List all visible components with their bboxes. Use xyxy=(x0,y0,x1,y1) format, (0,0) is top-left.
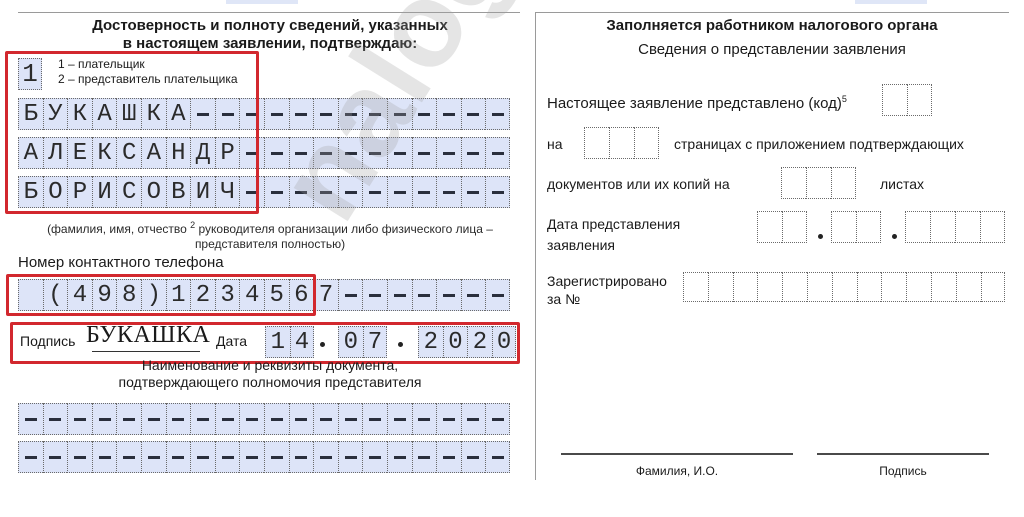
char-cell[interactable] xyxy=(116,441,141,473)
dash-mark xyxy=(295,418,307,421)
char-cell[interactable] xyxy=(338,441,363,473)
code-cell[interactable] xyxy=(882,84,907,116)
dash-mark xyxy=(369,294,381,297)
char-cell[interactable] xyxy=(436,403,461,435)
cell-row[interactable]: БУКАШКА xyxy=(18,98,510,130)
signer-type-cell[interactable]: 1 xyxy=(18,58,42,90)
dash-mark xyxy=(394,418,406,421)
dash-mark xyxy=(492,456,504,459)
char-cell[interactable] xyxy=(733,272,758,302)
signer-option-2: 2 – представитель плательщика xyxy=(58,72,238,87)
char-cell[interactable] xyxy=(387,137,412,169)
dash-mark xyxy=(345,152,357,155)
char-cell[interactable] xyxy=(264,441,289,473)
char-cell[interactable] xyxy=(43,403,68,435)
pages-cell[interactable] xyxy=(634,127,659,159)
dash-mark xyxy=(320,418,332,421)
char-cell[interactable]: Л xyxy=(43,137,68,169)
char-cell[interactable] xyxy=(362,176,387,208)
char-cell[interactable] xyxy=(338,98,363,130)
signer-option-1: 1 – плательщик xyxy=(58,57,238,72)
dash-mark xyxy=(172,456,184,459)
char-cell[interactable] xyxy=(362,441,387,473)
dash-mark xyxy=(197,113,209,116)
dash-mark xyxy=(295,152,307,155)
char-cell[interactable]: 2 xyxy=(418,326,443,358)
dash-mark xyxy=(148,456,160,459)
char-cell[interactable] xyxy=(239,403,264,435)
dash-mark xyxy=(443,456,455,459)
docs-suffix: листах xyxy=(880,176,924,193)
dash-mark xyxy=(369,113,381,116)
char-cell[interactable]: Н xyxy=(166,137,191,169)
column-divider xyxy=(535,12,536,480)
char-cell[interactable]: А xyxy=(166,98,191,130)
char-cell[interactable]: 0 xyxy=(492,326,517,358)
char-cell[interactable] xyxy=(43,441,68,473)
char-cell[interactable] xyxy=(166,403,191,435)
char-cell[interactable] xyxy=(67,441,92,473)
fio-line xyxy=(561,453,793,455)
char-cell[interactable]: У xyxy=(43,98,68,130)
dash-mark xyxy=(74,456,86,459)
dash-mark xyxy=(443,294,455,297)
char-cell[interactable]: 1 xyxy=(166,279,191,311)
char-cell[interactable] xyxy=(313,137,338,169)
dash-mark xyxy=(246,113,258,116)
char-cell[interactable] xyxy=(931,272,956,302)
char-cell[interactable] xyxy=(338,176,363,208)
dash-mark xyxy=(492,113,504,116)
registered-line-2: за № xyxy=(547,290,667,308)
dash-mark xyxy=(271,418,283,421)
char-cell[interactable] xyxy=(166,441,191,473)
doc-caption-line-1: Наименование и реквизиты документа, xyxy=(20,357,520,374)
tax-officer-heading: Заполняется работником налогового органа xyxy=(537,17,1007,35)
dash-mark xyxy=(222,456,234,459)
char-cell[interactable] xyxy=(289,137,314,169)
dash-mark xyxy=(467,294,479,297)
char-cell[interactable] xyxy=(362,137,387,169)
char-cell[interactable] xyxy=(141,441,166,473)
signature-label: Подпись xyxy=(20,333,75,349)
sheets-cell[interactable] xyxy=(781,167,806,199)
signature-underline xyxy=(92,351,200,352)
char-cell[interactable] xyxy=(485,403,510,435)
cell-row[interactable]: АЛЕКСАНДР xyxy=(18,137,510,169)
registered-line-1: Зарегистрировано xyxy=(547,272,667,290)
day-cell[interactable] xyxy=(757,211,782,243)
char-cell[interactable] xyxy=(461,441,486,473)
char-cell[interactable] xyxy=(981,272,1006,302)
char-cell[interactable]: Б xyxy=(18,98,43,130)
dash-mark xyxy=(246,191,258,194)
registered-label: Зарегистрировано за № xyxy=(547,272,667,308)
char-cell[interactable] xyxy=(289,98,314,130)
submitted-code-label: Настоящее заявление представлено (код)5 xyxy=(547,91,847,112)
top-divider xyxy=(18,12,520,13)
dash-mark xyxy=(369,418,381,421)
dash-mark xyxy=(418,191,430,194)
sheets-count-field[interactable] xyxy=(781,167,856,199)
dash-mark xyxy=(25,456,37,459)
dash-mark xyxy=(271,113,283,116)
dash-mark xyxy=(369,191,381,194)
char-cell[interactable] xyxy=(264,176,289,208)
char-cell[interactable] xyxy=(313,403,338,435)
dash-mark xyxy=(271,456,283,459)
caption-part-2: руководителя организации либо физическог… xyxy=(199,222,493,236)
dash-mark xyxy=(271,152,283,155)
char-cell[interactable] xyxy=(215,441,240,473)
char-cell[interactable] xyxy=(239,176,264,208)
top-divider xyxy=(536,12,1009,13)
year-cell[interactable] xyxy=(955,211,980,243)
char-cell[interactable]: 9 xyxy=(92,279,117,311)
dash-mark xyxy=(320,456,332,459)
sheets-cell[interactable] xyxy=(806,167,831,199)
name-caption: (фамилия, имя, отчество 2 руководителя о… xyxy=(30,218,510,252)
char-cell[interactable]: О xyxy=(43,176,68,208)
char-cell[interactable] xyxy=(116,403,141,435)
dash-mark xyxy=(418,418,430,421)
char-cell[interactable]: 8 xyxy=(116,279,141,311)
char-cell[interactable]: В xyxy=(166,176,191,208)
date-label: Дата xyxy=(216,333,247,349)
char-cell[interactable] xyxy=(436,441,461,473)
dash-mark xyxy=(246,456,258,459)
dash-mark xyxy=(99,418,111,421)
char-cell[interactable]: 0 xyxy=(443,326,468,358)
char-cell[interactable] xyxy=(289,176,314,208)
char-cell[interactable] xyxy=(313,176,338,208)
submission-date-label: Дата представления заявления xyxy=(547,214,680,256)
char-cell[interactable]: К xyxy=(67,98,92,130)
dash-mark xyxy=(443,191,455,194)
char-cell[interactable] xyxy=(461,279,486,311)
char-cell[interactable] xyxy=(412,176,437,208)
char-cell[interactable] xyxy=(436,279,461,311)
char-cell[interactable] xyxy=(190,403,215,435)
code-cell[interactable] xyxy=(907,84,932,116)
dash-mark xyxy=(222,418,234,421)
dash-mark xyxy=(197,418,209,421)
signature-caption: Подпись xyxy=(817,464,989,479)
char-cell[interactable] xyxy=(485,279,510,311)
dash-mark xyxy=(320,152,332,155)
date-separator xyxy=(892,234,897,239)
dash-mark xyxy=(74,418,86,421)
dash-mark xyxy=(345,294,357,297)
signature-value[interactable]: БУКАШКА xyxy=(86,322,210,349)
dash-mark xyxy=(467,418,479,421)
char-cell[interactable]: Ш xyxy=(116,98,141,130)
dash-mark xyxy=(320,113,332,116)
char-cell[interactable]: 0 xyxy=(338,326,363,358)
char-cell[interactable] xyxy=(239,137,264,169)
char-cell[interactable] xyxy=(708,272,733,302)
dash-mark xyxy=(394,152,406,155)
char-cell[interactable] xyxy=(485,137,510,169)
char-cell[interactable] xyxy=(92,441,117,473)
char-cell[interactable] xyxy=(18,441,43,473)
char-cell[interactable]: К xyxy=(92,137,117,169)
dash-mark xyxy=(394,191,406,194)
char-cell[interactable]: А xyxy=(141,137,166,169)
char-cell[interactable]: 2 xyxy=(467,326,492,358)
cell-row[interactable] xyxy=(18,441,510,473)
char-cell[interactable] xyxy=(338,137,363,169)
signature-line xyxy=(817,453,989,455)
char-cell[interactable] xyxy=(807,272,832,302)
char-cell[interactable] xyxy=(387,98,412,130)
sheets-cell[interactable] xyxy=(831,167,856,199)
char-cell[interactable]: Д xyxy=(190,137,215,169)
dash-mark xyxy=(443,418,455,421)
dash-mark xyxy=(49,418,61,421)
char-cell[interactable] xyxy=(215,98,240,130)
char-cell[interactable]: О xyxy=(141,176,166,208)
char-cell[interactable] xyxy=(387,403,412,435)
char-cell[interactable] xyxy=(485,441,510,473)
char-cell[interactable] xyxy=(436,137,461,169)
dash-mark xyxy=(418,294,430,297)
char-cell[interactable] xyxy=(141,403,166,435)
char-cell[interactable] xyxy=(461,137,486,169)
signer-type-field[interactable]: 1 xyxy=(18,58,42,90)
dash-mark xyxy=(443,113,455,116)
char-cell[interactable] xyxy=(92,403,117,435)
submission-year-field[interactable] xyxy=(905,211,1005,243)
char-cell[interactable] xyxy=(461,176,486,208)
char-cell[interactable]: Р xyxy=(67,176,92,208)
signer-type-options: 1 – плательщик 2 – представитель платель… xyxy=(58,57,238,87)
char-cell[interactable]: ) xyxy=(141,279,166,311)
char-cell[interactable] xyxy=(683,272,708,302)
char-cell[interactable] xyxy=(362,279,387,311)
char-cell[interactable] xyxy=(906,272,931,302)
char-cell[interactable] xyxy=(485,98,510,130)
char-cell[interactable]: 7 xyxy=(363,326,388,358)
dash-mark xyxy=(492,191,504,194)
phone-label: Номер контактного телефона xyxy=(18,254,224,271)
char-cell[interactable] xyxy=(412,98,437,130)
char-cell[interactable] xyxy=(412,137,437,169)
docs-label: документов или их копий на xyxy=(547,176,730,193)
char-cell[interactable] xyxy=(338,403,363,435)
char-cell[interactable]: А xyxy=(18,137,43,169)
char-cell[interactable] xyxy=(313,441,338,473)
date-label-line-2: заявления xyxy=(547,235,680,256)
dash-mark xyxy=(492,418,504,421)
year-cell[interactable] xyxy=(980,211,1005,243)
fio-caption: Фамилия, И.О. xyxy=(561,464,793,479)
char-cell[interactable]: И xyxy=(190,176,215,208)
char-cell[interactable]: 1 xyxy=(265,326,290,358)
dash-mark xyxy=(418,456,430,459)
date-separator xyxy=(818,234,823,239)
char-cell[interactable]: Р xyxy=(215,137,240,169)
submission-subheading: Сведения о представлении заявления xyxy=(537,41,1007,58)
dash-mark xyxy=(492,294,504,297)
date-label-line-1: Дата представления xyxy=(547,214,680,235)
footnote-2: 2 xyxy=(190,220,195,230)
dash-mark xyxy=(49,456,61,459)
dash-mark xyxy=(369,152,381,155)
dash-mark xyxy=(394,113,406,116)
cell-row[interactable]: БОРИСОВИЧ xyxy=(18,176,510,208)
char-cell[interactable] xyxy=(264,98,289,130)
submitted-label-text: Настоящее заявление представлено (код) xyxy=(547,95,842,112)
char-cell[interactable] xyxy=(412,279,437,311)
pages-suffix: страницах с приложением подтверждающих xyxy=(674,136,964,153)
month-cell[interactable] xyxy=(856,211,881,243)
char-cell[interactable] xyxy=(289,403,314,435)
char-cell[interactable] xyxy=(857,272,882,302)
dash-mark xyxy=(123,456,135,459)
char-cell[interactable]: Ч xyxy=(215,176,240,208)
char-cell[interactable] xyxy=(190,98,215,130)
char-cell[interactable] xyxy=(362,98,387,130)
dash-mark xyxy=(295,456,307,459)
month-cell[interactable] xyxy=(831,211,856,243)
submission-day-field[interactable] xyxy=(757,211,807,243)
submission-code-field[interactable] xyxy=(882,84,932,116)
year-cell[interactable] xyxy=(930,211,955,243)
char-cell[interactable]: И xyxy=(92,176,117,208)
dash-mark xyxy=(246,418,258,421)
char-cell[interactable] xyxy=(338,279,363,311)
day-cell[interactable] xyxy=(782,211,807,243)
dash-mark xyxy=(443,152,455,155)
dash-mark xyxy=(492,152,504,155)
top-tab-decor xyxy=(226,0,298,4)
char-cell[interactable]: С xyxy=(116,176,141,208)
dash-mark xyxy=(467,152,479,155)
char-cell[interactable] xyxy=(387,279,412,311)
char-cell[interactable] xyxy=(215,403,240,435)
dash-mark xyxy=(197,456,209,459)
dash-mark xyxy=(271,191,283,194)
dash-mark xyxy=(123,418,135,421)
char-cell[interactable] xyxy=(289,441,314,473)
date-separator xyxy=(398,342,403,347)
submission-month-field[interactable] xyxy=(831,211,881,243)
confirmation-heading: Достоверность и полноту сведений, указан… xyxy=(20,17,520,53)
char-cell[interactable] xyxy=(264,403,289,435)
char-cell[interactable] xyxy=(436,176,461,208)
cell-row[interactable]: (498)1234567 xyxy=(18,279,510,311)
dash-mark xyxy=(467,456,479,459)
dash-mark xyxy=(345,113,357,116)
cell-row[interactable]: 14 xyxy=(265,326,314,358)
char-cell[interactable]: С xyxy=(116,137,141,169)
char-cell[interactable]: 6 xyxy=(289,279,314,311)
dash-mark xyxy=(320,191,332,194)
char-cell[interactable]: 5 xyxy=(264,279,289,311)
pages-prefix: на xyxy=(547,136,563,153)
date-separator xyxy=(320,342,325,347)
dash-mark xyxy=(25,418,37,421)
char-cell[interactable] xyxy=(313,98,338,130)
char-cell[interactable] xyxy=(67,403,92,435)
char-cell[interactable] xyxy=(387,176,412,208)
cell-row[interactable]: 07 xyxy=(338,326,387,358)
dash-mark xyxy=(345,191,357,194)
doc-caption-line-2: подтверждающего полномочия представителя xyxy=(20,374,520,391)
char-cell[interactable] xyxy=(436,98,461,130)
char-cell[interactable] xyxy=(190,441,215,473)
footnote-5: 5 xyxy=(842,94,847,104)
char-cell[interactable] xyxy=(412,403,437,435)
cell-row[interactable] xyxy=(18,403,510,435)
dash-mark xyxy=(369,456,381,459)
char-cell[interactable]: ( xyxy=(43,279,68,311)
dash-mark xyxy=(394,456,406,459)
char-cell[interactable]: А xyxy=(92,98,117,130)
char-cell[interactable] xyxy=(485,176,510,208)
dash-mark xyxy=(418,113,430,116)
char-cell[interactable]: К xyxy=(141,98,166,130)
char-cell[interactable] xyxy=(18,279,43,311)
dash-mark xyxy=(345,418,357,421)
char-cell[interactable] xyxy=(956,272,981,302)
char-cell[interactable] xyxy=(832,272,857,302)
pages-cell[interactable] xyxy=(609,127,634,159)
dash-mark xyxy=(394,294,406,297)
char-cell[interactable]: 7 xyxy=(313,279,338,311)
char-cell[interactable]: 3 xyxy=(215,279,240,311)
char-cell[interactable] xyxy=(362,403,387,435)
char-cell[interactable] xyxy=(387,441,412,473)
char-cell[interactable]: Е xyxy=(67,137,92,169)
char-cell[interactable]: 2 xyxy=(190,279,215,311)
char-cell[interactable] xyxy=(18,403,43,435)
year-cell[interactable] xyxy=(905,211,930,243)
cell-row[interactable] xyxy=(683,272,1005,302)
char-cell[interactable] xyxy=(757,272,782,302)
pages-cell[interactable] xyxy=(584,127,609,159)
top-tab-decor xyxy=(855,0,927,4)
dash-mark xyxy=(148,418,160,421)
caption-part-1: (фамилия, имя, отчество xyxy=(47,222,187,236)
dash-mark xyxy=(418,152,430,155)
char-cell[interactable] xyxy=(461,403,486,435)
dash-mark xyxy=(172,418,184,421)
char-cell[interactable] xyxy=(239,441,264,473)
char-cell[interactable]: 4 xyxy=(239,279,264,311)
dash-mark xyxy=(467,191,479,194)
dash-mark xyxy=(246,152,258,155)
char-cell[interactable] xyxy=(461,98,486,130)
authority-doc-caption: Наименование и реквизиты документа, подт… xyxy=(20,357,520,391)
char-cell[interactable]: 4 xyxy=(67,279,92,311)
char-cell[interactable] xyxy=(782,272,807,302)
pages-count-field[interactable] xyxy=(584,127,659,159)
char-cell[interactable] xyxy=(239,98,264,130)
dash-mark xyxy=(295,191,307,194)
dash-mark xyxy=(345,456,357,459)
cell-row[interactable]: 2020 xyxy=(418,326,516,358)
caption-line-2: представителя полностью) xyxy=(30,237,510,252)
char-cell[interactable]: Б xyxy=(18,176,43,208)
char-cell[interactable] xyxy=(264,137,289,169)
dash-mark xyxy=(222,113,234,116)
heading-line-1: Достоверность и полноту сведений, указан… xyxy=(20,17,520,35)
char-cell[interactable] xyxy=(412,441,437,473)
char-cell[interactable]: 4 xyxy=(290,326,315,358)
char-cell[interactable] xyxy=(881,272,906,302)
